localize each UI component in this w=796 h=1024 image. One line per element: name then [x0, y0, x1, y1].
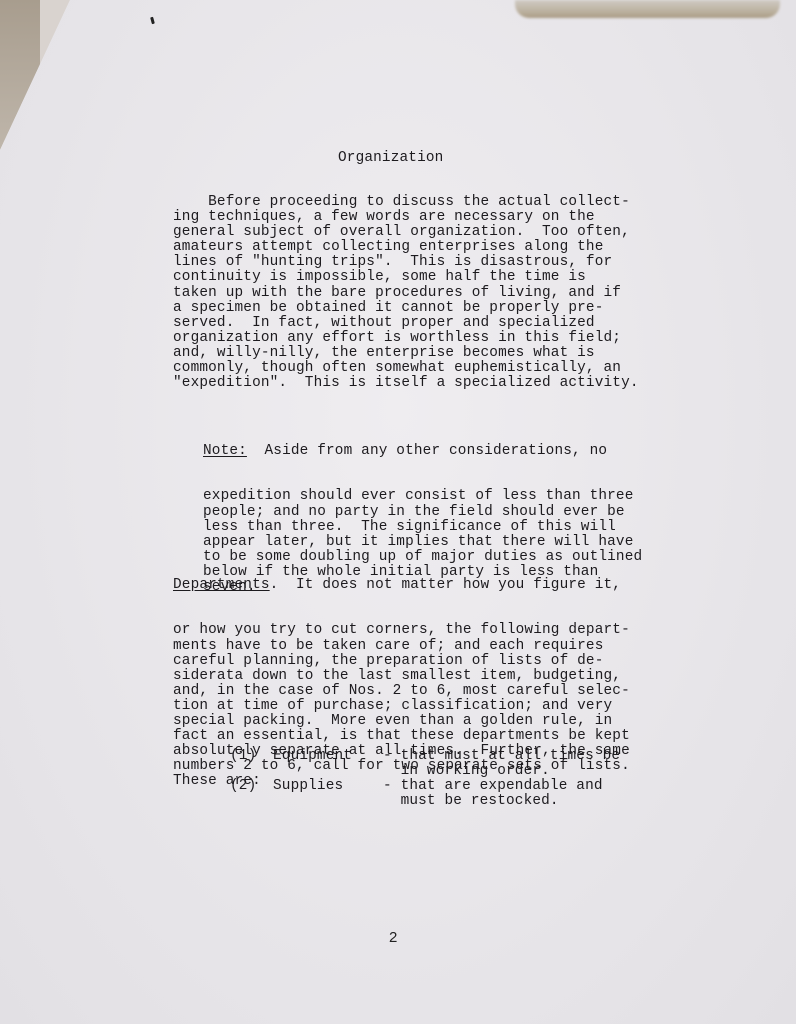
list-item: (1)Equipment- that must at all times be … — [230, 749, 620, 779]
list-item-term: Equipment — [273, 749, 383, 779]
page-title: Organization — [338, 151, 443, 166]
text-line: organization any effort is worthless in … — [173, 331, 639, 346]
text-line: taken up with the bare procedures of liv… — [173, 286, 639, 301]
note-first-line: Aside from any other considerations, no — [247, 443, 607, 459]
list-item-description: - that are expendable and must be restoc… — [383, 779, 603, 809]
text-line: careful planning, the preparation of lis… — [173, 654, 630, 669]
departments-list: (1)Equipment- that must at all times be … — [230, 749, 620, 809]
text-line: lines of "hunting trips". This is disast… — [173, 255, 639, 270]
text-line: ing techniques, a few words are necessar… — [173, 210, 639, 225]
departments-first-line: . It does not matter how you figure it, — [270, 577, 621, 593]
paragraph-intro: Before proceeding to discuss the actual … — [173, 195, 639, 391]
text-line: amateurs attempt collecting enterprises … — [173, 240, 639, 255]
page-number: 2 — [389, 930, 398, 945]
text-line: and, willy-nilly, the enterprise becomes… — [173, 346, 639, 361]
text-line: "expedition". This is itself a specializ… — [173, 376, 639, 391]
text-line: siderata down to the last smallest item,… — [173, 669, 630, 684]
list-item-description: - that must at all times be in working o… — [383, 749, 620, 779]
text-line: special packing. More even than a golden… — [173, 714, 630, 729]
list-item-term: Supplies — [273, 779, 383, 809]
text-line: a specimen be obtained it cannot be prop… — [173, 301, 639, 316]
text-line: served. In fact, without proper and spec… — [173, 316, 639, 331]
text-line: people; and no party in the field should… — [203, 505, 642, 520]
text-line: and, in the case of Nos. 2 to 6, most ca… — [173, 684, 630, 699]
text-line: general subject of overall organization.… — [173, 225, 639, 240]
text-line: commonly, though often somewhat euphemis… — [173, 361, 639, 376]
text-line: expedition should ever consist of less t… — [203, 489, 642, 504]
departments-label: Departments — [173, 577, 270, 593]
list-item-number: (1) — [230, 749, 273, 779]
text-line: continuity is impossible, some half the … — [173, 270, 639, 285]
text-line: Before proceeding to discuss the actual … — [173, 195, 639, 210]
list-item-number: (2) — [230, 779, 273, 809]
text-line: ments have to be taken care of; and each… — [173, 639, 630, 654]
text-line: fact an essential, is that these departm… — [173, 729, 630, 744]
text-line: or how you try to cut corners, the follo… — [173, 623, 630, 638]
list-item: (2)Supplies- that are expendable and mus… — [230, 779, 620, 809]
paper-clip-shadow — [515, 0, 780, 18]
note-label: Note: — [203, 443, 247, 459]
text-line: less than three. The significance of thi… — [203, 520, 642, 535]
text-line: tion at time of purchase; classification… — [173, 699, 630, 714]
